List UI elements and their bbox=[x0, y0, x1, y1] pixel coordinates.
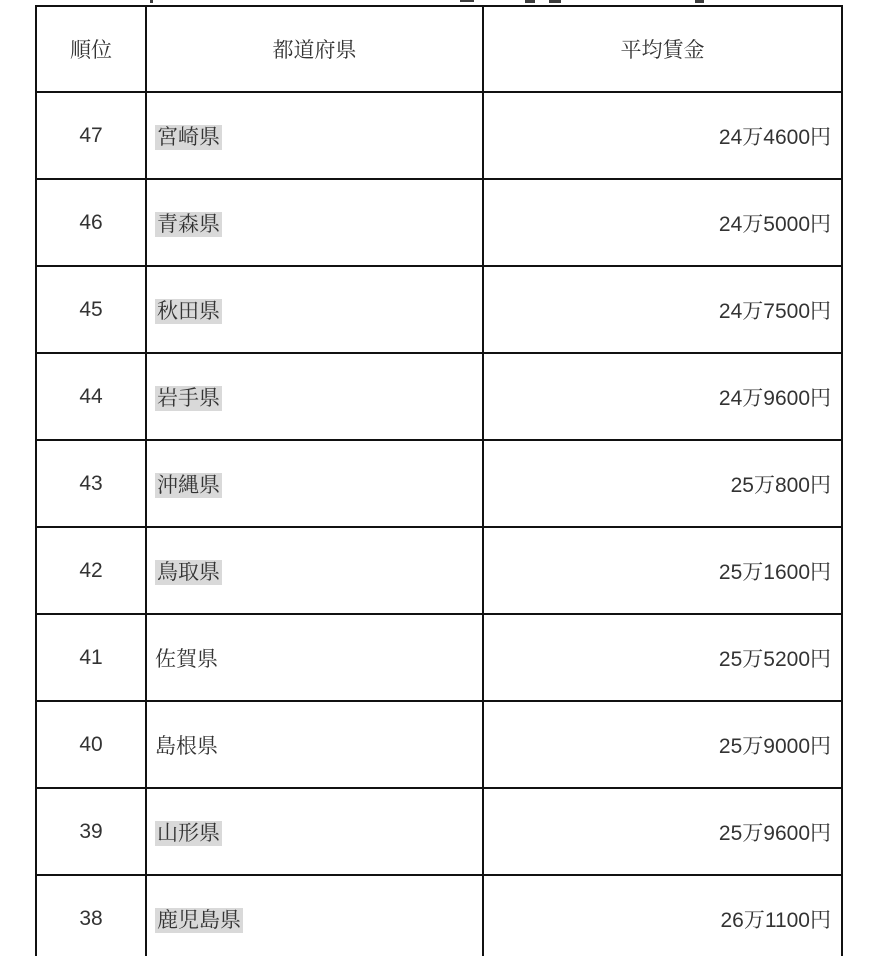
table-row: 42 鳥取県 25万1600円 bbox=[36, 527, 842, 614]
rank-cell: 42 bbox=[36, 527, 146, 614]
table-row: 39 山形県 25万9600円 bbox=[36, 788, 842, 875]
text-fragment bbox=[150, 0, 153, 3]
rank-cell: 39 bbox=[36, 788, 146, 875]
prefecture-cell: 島根県 bbox=[146, 701, 483, 788]
text-fragment bbox=[549, 0, 561, 3]
wage-cell: 24万7500円 bbox=[483, 266, 842, 353]
prefecture-label: 岩手県 bbox=[155, 386, 222, 411]
text-fragment bbox=[695, 0, 704, 3]
prefecture-cell: 岩手県 bbox=[146, 353, 483, 440]
prefecture-cell: 鳥取県 bbox=[146, 527, 483, 614]
table-row: 41 佐賀県 25万5200円 bbox=[36, 614, 842, 701]
rank-cell: 47 bbox=[36, 92, 146, 179]
prefecture-label: 島根県 bbox=[155, 735, 218, 758]
wage-cell: 24万5000円 bbox=[483, 179, 842, 266]
prefecture-label: 鳥取県 bbox=[155, 560, 222, 585]
rank-cell: 46 bbox=[36, 179, 146, 266]
table-row: 43 沖縄県 25万800円 bbox=[36, 440, 842, 527]
table-row: 47 宮崎県 24万4600円 bbox=[36, 92, 842, 179]
wage-cell: 25万9000円 bbox=[483, 701, 842, 788]
rank-cell: 43 bbox=[36, 440, 146, 527]
text-fragment bbox=[525, 0, 535, 3]
header-prefecture: 都道府県 bbox=[146, 6, 483, 92]
wage-cell: 25万800円 bbox=[483, 440, 842, 527]
page: { "table": { "columns": [ { "key": "rank… bbox=[0, 0, 870, 956]
wage-ranking-table: 順位 都道府県 平均賃金 47 宮崎県 24万4600円 46 青森県 24万5… bbox=[35, 5, 843, 956]
prefecture-cell: 鹿児島県 bbox=[146, 875, 483, 956]
table-row: 40 島根県 25万9000円 bbox=[36, 701, 842, 788]
header-rank: 順位 bbox=[36, 6, 146, 92]
header-wage: 平均賃金 bbox=[483, 6, 842, 92]
wage-cell: 24万4600円 bbox=[483, 92, 842, 179]
rank-cell: 45 bbox=[36, 266, 146, 353]
prefecture-cell: 佐賀県 bbox=[146, 614, 483, 701]
table-row: 45 秋田県 24万7500円 bbox=[36, 266, 842, 353]
wage-cell: 25万9600円 bbox=[483, 788, 842, 875]
prefecture-cell: 秋田県 bbox=[146, 266, 483, 353]
prefecture-label: 青森県 bbox=[155, 212, 222, 237]
prefecture-cell: 沖縄県 bbox=[146, 440, 483, 527]
rank-cell: 38 bbox=[36, 875, 146, 956]
prefecture-cell: 宮崎県 bbox=[146, 92, 483, 179]
prefecture-label: 鹿児島県 bbox=[155, 908, 243, 933]
wage-cell: 25万1600円 bbox=[483, 527, 842, 614]
table-row: 38 鹿児島県 26万1100円 bbox=[36, 875, 842, 956]
rank-cell: 44 bbox=[36, 353, 146, 440]
text-fragment bbox=[460, 0, 474, 2]
prefecture-label: 佐賀県 bbox=[155, 648, 218, 671]
prefecture-label: 山形県 bbox=[155, 821, 222, 846]
prefecture-label: 沖縄県 bbox=[155, 473, 222, 498]
prefecture-label: 秋田県 bbox=[155, 299, 222, 324]
prefecture-cell: 山形県 bbox=[146, 788, 483, 875]
rank-cell: 40 bbox=[36, 701, 146, 788]
rank-cell: 41 bbox=[36, 614, 146, 701]
wage-cell: 24万9600円 bbox=[483, 353, 842, 440]
prefecture-label: 宮崎県 bbox=[155, 125, 222, 150]
prefecture-cell: 青森県 bbox=[146, 179, 483, 266]
table-row: 44 岩手県 24万9600円 bbox=[36, 353, 842, 440]
wage-cell: 25万5200円 bbox=[483, 614, 842, 701]
table-body: 47 宮崎県 24万4600円 46 青森県 24万5000円 45 秋田県 2… bbox=[36, 92, 842, 956]
header-row: 順位 都道府県 平均賃金 bbox=[36, 6, 842, 92]
table-header: 順位 都道府県 平均賃金 bbox=[36, 6, 842, 92]
table-row: 46 青森県 24万5000円 bbox=[36, 179, 842, 266]
wage-cell: 26万1100円 bbox=[483, 875, 842, 956]
